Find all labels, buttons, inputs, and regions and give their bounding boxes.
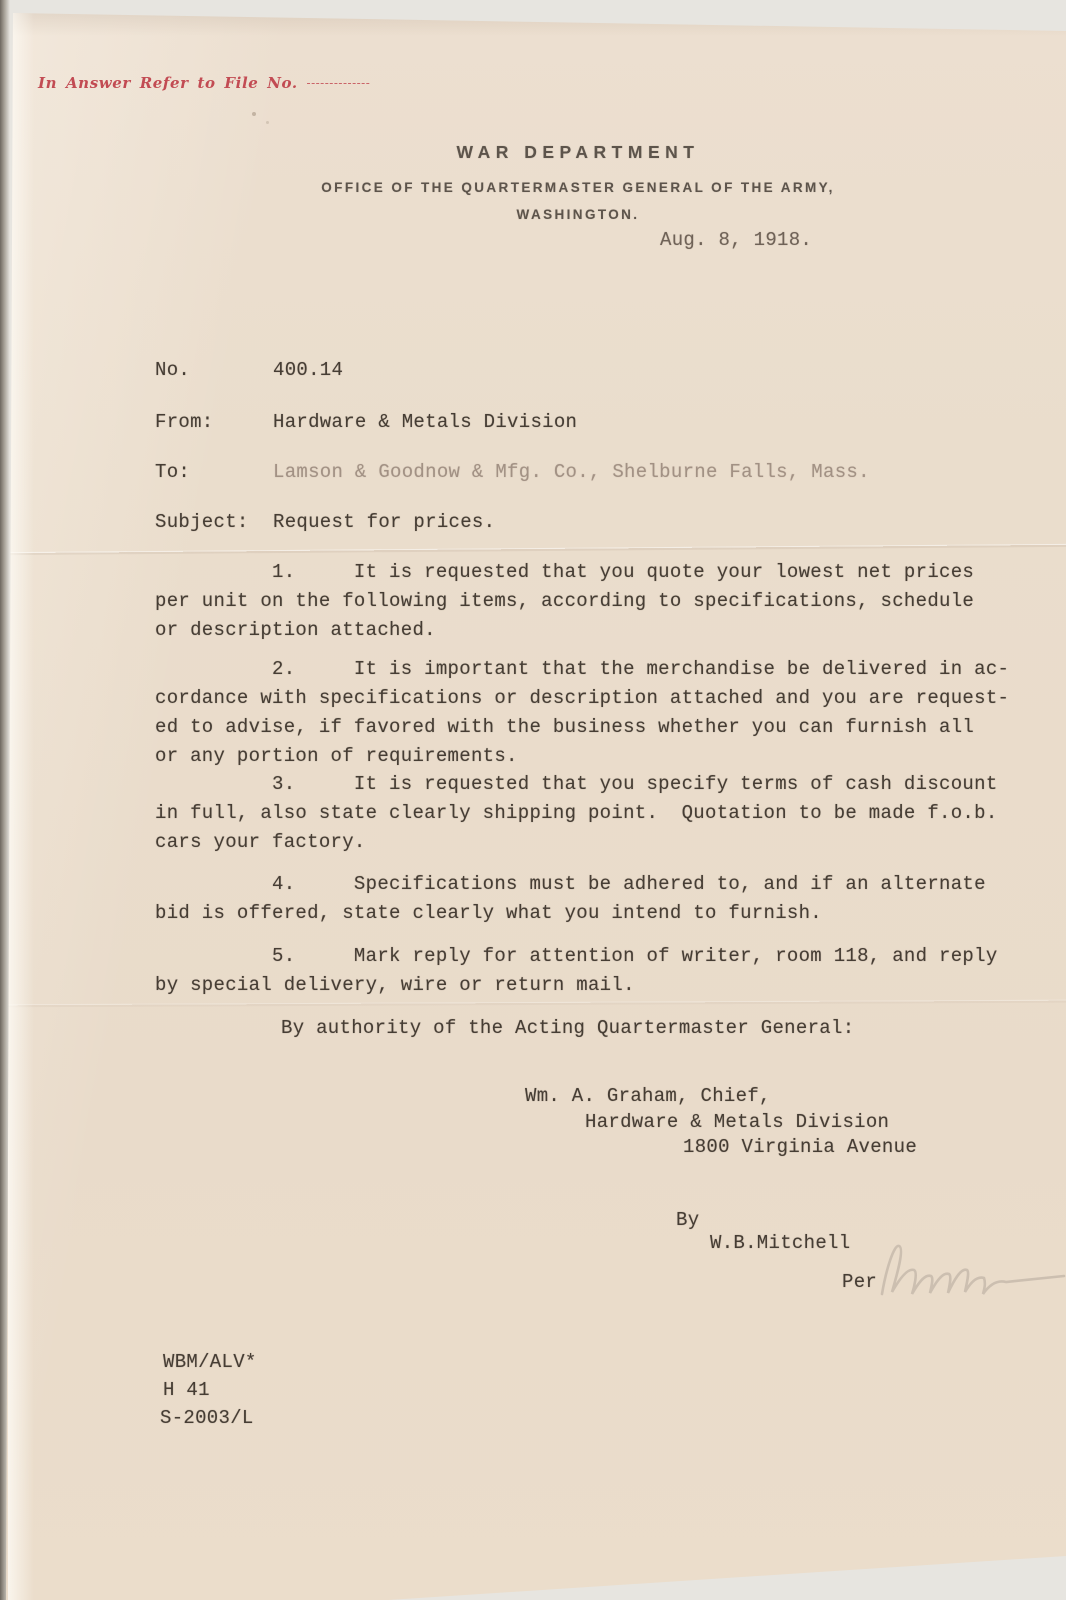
letter-paragraph-2: 2. It is important that the merchandise … [155, 655, 1009, 771]
letter-paragraph-4: 4. Specifications must be adhered to, an… [155, 870, 986, 928]
signer-address-line: 1800 Virginia Avenue [683, 1133, 917, 1162]
field-to-value: Lamson & Goodnow & Mfg. Co., Shelburne F… [273, 458, 870, 487]
paper-speck [252, 112, 256, 116]
field-to-label: To: [155, 458, 190, 487]
typed-date: Aug. 8, 1918. [660, 226, 812, 255]
fold-crease [0, 1000, 1066, 1008]
field-from-value: Hardware & Metals Division [273, 408, 577, 437]
authority-line: By authority of the Acting Quartermaster… [281, 1014, 854, 1043]
fold-crease [0, 544, 1066, 555]
file-ref-h: H 41 [163, 1376, 210, 1405]
handwritten-signature [868, 1232, 1066, 1312]
typist-initials: WBM/ALV* [163, 1348, 257, 1377]
paper-speck [266, 121, 269, 124]
file-no-blank-line: -------------- [307, 76, 371, 90]
field-no-label: No. [155, 356, 190, 385]
field-from-label: From: [155, 408, 214, 437]
file-no-label: In Answer Refer to File No. [38, 74, 298, 92]
department-name: WAR DEPARTMENT [90, 142, 1066, 163]
document-photo: In Answer Refer to File No. ------------… [0, 0, 1066, 1600]
by-name: W.B.Mitchell [710, 1229, 850, 1258]
office-line: OFFICE OF THE QUARTERMASTER GENERAL OF T… [90, 180, 1066, 195]
signer-name-line: Wm. A. Graham, Chief, [525, 1082, 771, 1111]
letter-paragraph-3: 3. It is requested that you specify term… [155, 770, 998, 857]
field-subject-value: Request for prices. [273, 508, 495, 537]
by-label: By [676, 1206, 699, 1235]
file-ref-s: S-2003/L [160, 1404, 254, 1433]
file-no-line: In Answer Refer to File No. ------------… [38, 74, 370, 92]
field-no-value: 400.14 [273, 356, 343, 385]
letter-paragraph-1: 1. It is requested that you quote your l… [155, 558, 974, 645]
letter-paragraph-5: 5. Mark reply for attention of writer, r… [155, 942, 998, 1000]
city-line: WASHINGTON. [90, 207, 1066, 222]
field-subject-label: Subject: [155, 508, 249, 537]
